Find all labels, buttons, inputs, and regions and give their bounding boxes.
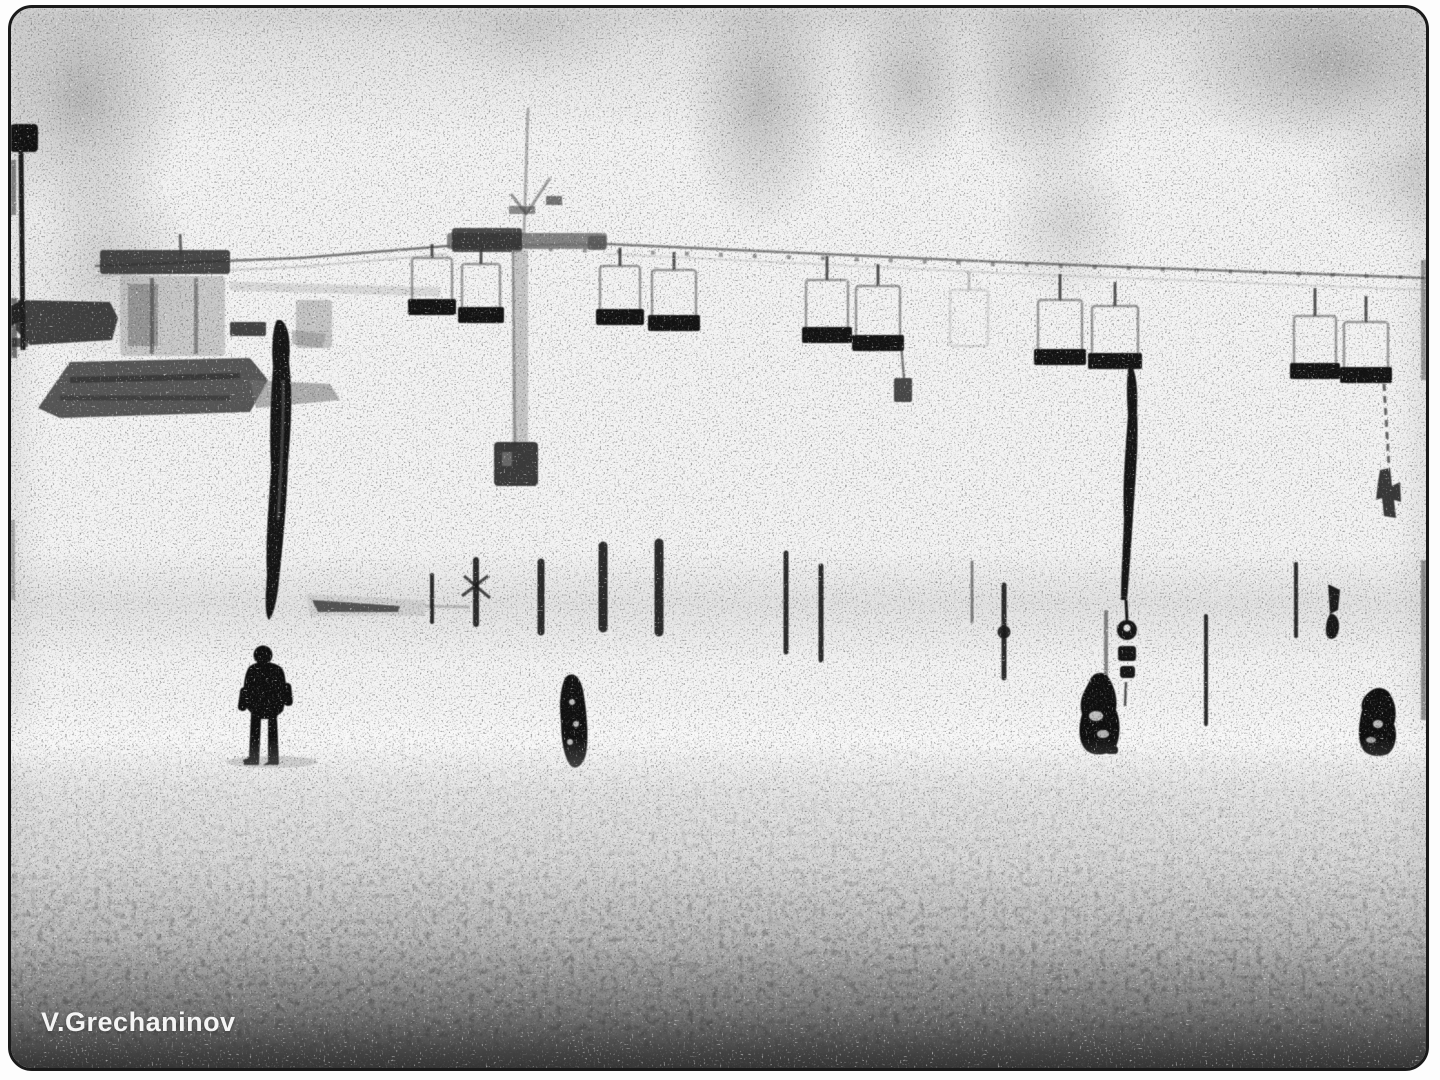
photo-frame: V.Grechaninov xyxy=(8,5,1429,1071)
film-grain-overlay xyxy=(11,8,1426,1068)
snowy-ski-slope-photograph: V.Grechaninov xyxy=(0,0,1440,1080)
watermark: V.Grechaninov xyxy=(41,1007,236,1038)
